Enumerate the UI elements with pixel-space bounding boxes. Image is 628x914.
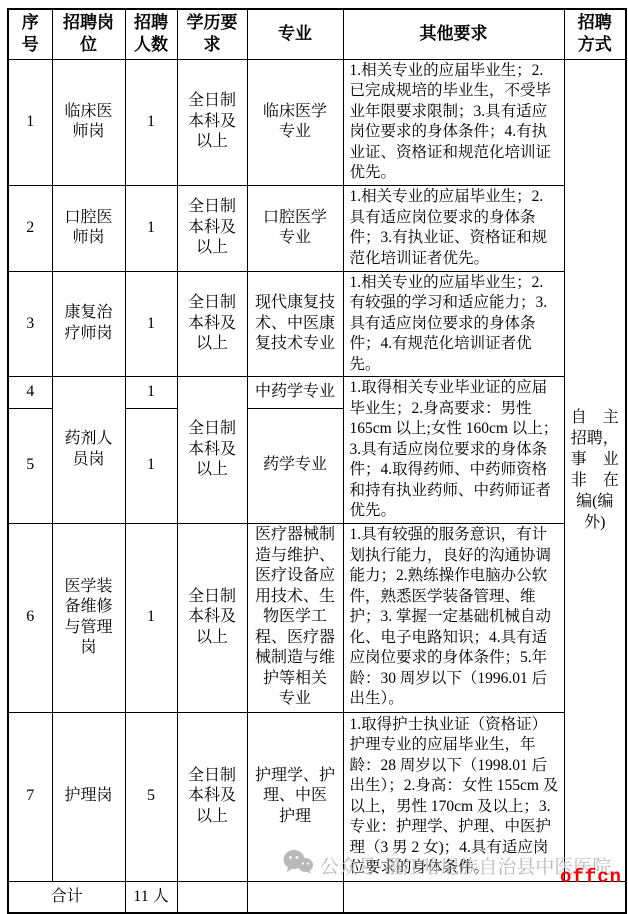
row2-no: 2 (8, 185, 52, 271)
row1-count: 1 (125, 59, 177, 185)
total-label: 合计 (8, 881, 125, 913)
row4-5-requirements: 1.取得相关专业毕业证的应届毕业生；2.身高要求：男性 165cm 以上;女性 … (343, 377, 564, 524)
row2-post: 口腔医 师岗 (52, 185, 125, 271)
row3-major: 现代康复技 术、中医康 复技术专业 (247, 271, 343, 377)
row2-count: 1 (125, 185, 177, 271)
row2-requirements: 1.相关专业的应届毕业生；2.具有适应岗位要求的身体条件；3.有执业证、资格证和… (343, 185, 564, 271)
row3-requirements: 1.相关专业的应届毕业生；2.有较强的学习和适应能力；3.具有适应岗位要求的身体… (343, 271, 564, 377)
col-header-post: 招聘岗 位 (52, 9, 125, 59)
total-major-empty (247, 881, 343, 913)
table-row: 1 临床医 师岗 1 全日制 本科及 以上 临床医学 专业 1.相关专业的应届毕… (8, 59, 626, 185)
recruitment-table: 序 号 招聘岗 位 招聘 人数 学历要 求 专业 其他要求 招聘 方式 1 临床… (7, 8, 627, 914)
row4-5-post: 药剂人 员岗 (52, 377, 125, 524)
row4-count: 1 (125, 377, 177, 409)
row5-count: 1 (125, 408, 177, 523)
row6-post: 医学装 备维修 与管理 岗 (52, 523, 125, 712)
row4-no: 4 (8, 377, 52, 409)
col-header-edu: 学历要 求 (177, 9, 247, 59)
table-row: 2 口腔医 师岗 1 全日制 本科及 以上 口腔医学 专业 1.相关专业的应届毕… (8, 185, 626, 271)
row1-edu: 全日制 本科及 以上 (177, 59, 247, 185)
row5-major: 药学专业 (247, 408, 343, 523)
row3-no: 3 (8, 271, 52, 377)
table-row: 3 康复治 疗师岗 1 全日制 本科及 以上 现代康复技 术、中医康 复技术专业… (8, 271, 626, 377)
total-row: 合计 11 人 (8, 881, 626, 913)
row2-edu: 全日制 本科及 以上 (177, 185, 247, 271)
row6-requirements: 1.具有较强的服务意识，有计划执行能力，良好的沟通协调能力；2.熟练操作电脑办公… (343, 523, 564, 712)
total-edu-empty (177, 881, 247, 913)
row3-count: 1 (125, 271, 177, 377)
row7-count: 5 (125, 712, 177, 881)
row1-post: 临床医 师岗 (52, 59, 125, 185)
recruit-method-cell: 自 主 招聘， 事 业 非 在 编(编 外) (564, 59, 626, 881)
header-row: 序 号 招聘岗 位 招聘 人数 学历要 求 专业 其他要求 招聘 方式 (8, 9, 626, 59)
col-header-major: 专业 (247, 9, 343, 59)
col-header-other: 其他要求 (343, 9, 564, 59)
row6-no: 6 (8, 523, 52, 712)
table-row: 6 医学装 备维修 与管理 岗 1 全日制 本科及 以上 医疗器械制 造与维护、… (8, 523, 626, 712)
row7-post: 护理岗 (52, 712, 125, 881)
row3-edu: 全日制 本科及 以上 (177, 271, 247, 377)
wechat-icon (283, 849, 313, 881)
row6-major: 医疗器械制 造与维护、 医疗设备应 用技术、生 物医学工 程、医疗器 械制造与维… (247, 523, 343, 712)
row7-edu: 全日制 本科及 以上 (177, 712, 247, 881)
row1-no: 1 (8, 59, 52, 185)
table-row: 4 药剂人 员岗 1 全日制 本科及 以上 中药学专业 1.取得相关专业毕业证的… (8, 377, 626, 409)
row2-major: 口腔医学 专业 (247, 185, 343, 271)
col-header-count: 招聘 人数 (125, 9, 177, 59)
row3-post: 康复治 疗师岗 (52, 271, 125, 377)
row1-major: 临床医学 专业 (247, 59, 343, 185)
row6-edu: 全日制 本科及 以上 (177, 523, 247, 712)
row7-no: 7 (8, 712, 52, 881)
row1-requirements: 1.相关专业的应届毕业生；2.已完成规培的毕业生，不受毕业年限要求限制；3.具有… (343, 59, 564, 185)
total-count: 11 人 (125, 881, 177, 913)
offcn-logo: offcn (560, 866, 622, 888)
row5-no: 5 (8, 408, 52, 523)
col-header-method: 招聘 方式 (564, 9, 626, 59)
row4-major: 中药学专业 (247, 377, 343, 409)
row6-count: 1 (125, 523, 177, 712)
col-header-no: 序 号 (8, 9, 52, 59)
row4-5-edu: 全日制 本科及 以上 (177, 377, 247, 524)
